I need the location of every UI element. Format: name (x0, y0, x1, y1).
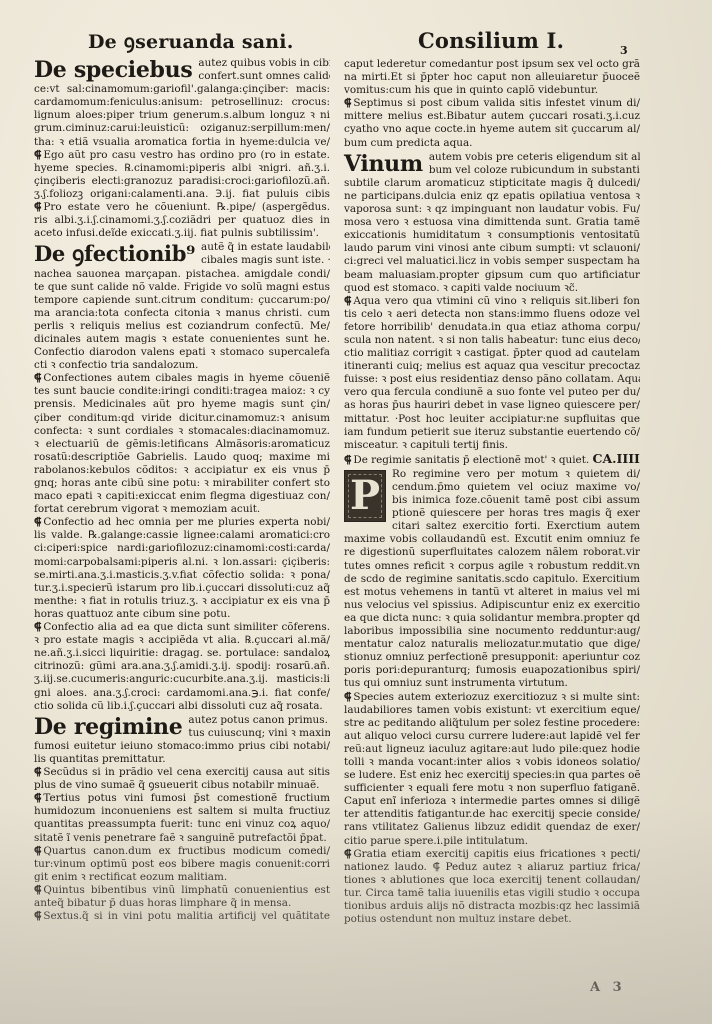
text-line: de scdo de regimine sanitatis.scdo capit… (344, 573, 640, 586)
text-line: ⸿Confectio alia ad ea que dicta sunt sim… (34, 621, 330, 634)
text-line: ⸿Septimus si post cibum valida sitis inf… (344, 97, 640, 110)
text-line: cibales magis sunt iste. ·pi/ (201, 254, 330, 267)
text-line: ⸿Pro estate vero he cõueniunt. ℞.pipe/ (… (34, 201, 330, 214)
text-line: itineranti cuiq; melius est aquaz qua ve… (344, 360, 640, 373)
paragraph-mark-icon: ⸿ (34, 372, 41, 384)
running-head-right: Consilium I. (418, 28, 564, 53)
text-line: confecta: ꝛ sunt cordiales ꝛ stomacales:… (34, 425, 330, 438)
text-line: ⸿Confectiones autem cibales magis in hye… (34, 372, 330, 385)
text-line: ctio solida cũ lib.i.ʃ.çuccari albi diss… (34, 700, 330, 713)
paragraph-mark-icon: ⸿ (34, 766, 41, 778)
text-line: subtile clarum aromaticuz stipticitate m… (344, 177, 640, 190)
text-line: quantitas preassumpta fuerit: tunc eni v… (34, 818, 330, 831)
text-line: tolli ꝛ manda vocant:inter alios ꝛ vobis… (344, 756, 640, 769)
text-line: tur:vinum optimũ post eos bibere magis c… (34, 858, 330, 871)
text-line: tutes omnes reficit ꝛ corpus agile ꝛ rob… (344, 560, 640, 573)
section-heading: De speciebus (34, 57, 192, 83)
section-de-regimine: De regimine autez potus canon primus. ·P… (34, 714, 330, 924)
running-head-left: De ꝯseruanda sani. (88, 28, 294, 54)
text-line: ⸿Aqua vero qua vtimini cũ vino ꝛ reliqui… (344, 295, 640, 308)
text-line: perlis ꝛ reliquis melius est coziandrum … (34, 320, 330, 333)
text-line: ne.añ.ʒ.i.sicci liquiritie: dragag. se. … (34, 647, 330, 660)
left-column: De speciebus autez quibus vobis in cibis… (34, 56, 330, 923)
text-line: ci:greci vel maluatici.licz in vobis sem… (344, 255, 640, 268)
paragraph-mark-icon: ⸿ (344, 691, 351, 703)
text-line: hyeme species. ℞.cinamomi:piperis albi ꝛ… (34, 162, 330, 175)
text-line: nus velocius vel spissius. Adipiscuntur … (344, 599, 640, 612)
text-line: te que sunt calide nõ valde. Frigide vo … (34, 281, 330, 294)
text-line: ꝛ pro estate magis ꝛ accipiẽda vt alia. … (34, 634, 330, 647)
text-line: autez potus canon primus. ·Po/ (188, 714, 330, 727)
text-line: rabolanos:kebulos cõditos: ꝛ accipiatur … (34, 464, 330, 477)
chapter-body: P Ro regimine vero per motum ꝛ quietem d… (344, 468, 640, 691)
text-line: confert.sunt omnes calide ꝛ sic/ (198, 70, 330, 83)
text-line: ptionẽ quiescere per horas tres magis q̃… (392, 507, 640, 520)
text-line: Confectio diarodon valens epati ꝛ stomac… (34, 346, 330, 359)
text-line: rans vtilitatez Galienus libzuz edidit q… (344, 821, 640, 834)
paragraph-mark-icon: ⸿ (344, 97, 351, 109)
text-line: beam maluasiam.propter gipsum cum quo ar… (344, 269, 640, 282)
text-line: momi:carpobalsami:piperis al.ni. ꝛ lon.a… (34, 556, 330, 569)
text-line: caput lederetur comedantur post ipsum se… (344, 58, 640, 71)
text-line: aceto infusi.deĩde exiccati.ʒ.iij. fiat … (34, 227, 330, 240)
paragraph-mark-icon: ⸿ (34, 792, 41, 804)
text-line: cti ꝛ confectio tria sandalozum. (34, 359, 330, 372)
text-line: tis celo ꝛ aeri detecta non stans:immo f… (344, 308, 640, 321)
paragraph-mark-icon: ⸿ (34, 201, 41, 213)
text-line: ʒ.ʃ.foliozꝫ origani:calamenti.ana. ℈.ij.… (34, 188, 330, 201)
text-line: ma arancia:tota confecta citonia ꝛ manus… (34, 307, 330, 320)
text-line: misceatur. ꝛ capituli tertij finis. (344, 439, 640, 452)
text-line: mosa vero ꝛ estuosa vina dimittenda sunt… (344, 216, 640, 229)
paragraph-mark-icon: ⸿ (34, 910, 41, 922)
text-line: stionuz omniuz perfectionẽ presupponit: … (344, 651, 640, 664)
signature-mark: A 3 (590, 980, 622, 995)
text-line: bum vel coloze rubicundum in substantia (429, 164, 640, 177)
text-line: ctio malitiaz corrigit ꝛ castigat. p̄pte… (344, 347, 640, 360)
text-line: gni aloes. ana.ʒ.ʃ.croci: cardamomi.ana.… (34, 687, 330, 700)
text-line: mentatur caloz naturalis meliozatur.muta… (344, 638, 640, 651)
text-line: fumosi euitetur ieiuno stomaco:immo priu… (34, 740, 330, 753)
text-line: vomitus:cum his que in quinto caplõ vide… (344, 84, 640, 97)
text-line: ce:vt sal:cinamomum:gariofil'.galanga:çi… (34, 83, 330, 96)
paragraph-mark-icon: ⸿ (34, 884, 41, 896)
text-line: ⸿Gratia etiam exercitij capitis eius fri… (344, 848, 640, 861)
text-line: nachea sauonea marçapan. pistachea. amig… (34, 268, 330, 281)
chapter-heading: ⸿De regimie sanitatis p̄ electionẽ mot' … (344, 452, 640, 467)
text-line: ⸿Ego aũt pro casu vestro has ordino pro … (34, 149, 330, 162)
paragraph-mark-icon: ⸿ (344, 295, 351, 307)
text-line: ci:ciperi:spice nardi:gariofilozuz:cinam… (34, 542, 330, 555)
text-line: tus qui omniuz sunt instrumenta virtutum… (344, 677, 640, 690)
text-line: ⸿Secũdus si in prãdio vel cena exercitij… (34, 766, 330, 779)
text-line: se.mirti.ana.ʒ.i.masticis.ʒ.v.fiat cõfec… (34, 569, 330, 582)
text-line: potius ostendunt non multuz instare debe… (344, 913, 640, 926)
text-line: fetore horribilib' denudata.in qua etiaz… (344, 321, 640, 334)
text-line: Ro regimine vero per motum ꝛ quietem di/ (392, 468, 640, 481)
text-line: ne participans.dulcia eniz qz epatis opi… (344, 190, 640, 203)
text-line: sitatẽ ĩ venis penetrare faẽ ꝛ sanguinẽ … (34, 832, 330, 845)
text-line: tiones ꝛ ablutiones que loca exercitij t… (344, 874, 640, 887)
text-line: lis quantitas premittatur. (34, 753, 330, 766)
paragraph-mark-icon: ⸿ (344, 848, 351, 860)
text-line: ter attenditis fatigantur.de hac exercit… (344, 808, 640, 821)
text-line: çiber conditum:qd̃ viride dicitur.cinamo… (34, 412, 330, 425)
text-line: tes sunt baucie condite:iringi conditi:t… (34, 385, 330, 398)
text-line: cyatho vno aque cocte.in hyeme autem sit… (344, 123, 640, 136)
text-line: lignum aloes:piper trium generum.s.album… (34, 109, 330, 122)
text-line: re digestionũ superfluitates calozem nãl… (344, 546, 640, 559)
text-line: autẽ q̃ in estate laudabiles et (201, 241, 330, 254)
text-line: fortat cerebrum vigorat ꝛ memoziam acuit… (34, 503, 330, 516)
text-line: maco epati ꝛ capiti:exiccat enim flegma … (34, 490, 330, 503)
text-line: ea que dicta nunc: ꝛ quia solidantur mem… (344, 612, 640, 625)
text-line: dicinales autem magis ꝛ estate conuenien… (34, 333, 330, 346)
text-line: ꝛ electuariũ de gẽmis:letificans Almãsor… (34, 438, 330, 451)
text-line: ⸿Quintus bibentibus vinũ limphatũ conuen… (34, 884, 330, 897)
text-line: scula non natent. ꝛ si non talis habeatu… (344, 334, 640, 347)
text-line: est motus vehemens in tantũ vt alteret i… (344, 586, 640, 599)
text-line: rosatũ:descriptiõe Gabrielis. Laudo quoq… (34, 451, 330, 464)
text-line: stre ac peditando aliq̃tulum per solez f… (344, 717, 640, 730)
text-line: menthe: ꝛ fiat in rotulis triuz.ʒ. ꝛ acc… (34, 595, 330, 608)
right-column: caput lederetur comedantur post ipsum se… (344, 58, 640, 926)
text-line: bum cum predicta aqua. (344, 137, 640, 150)
decorated-initial-icon: P (344, 470, 386, 522)
paragraph-mark-icon: ⸿ (344, 454, 351, 466)
text-line: tha: ꝛ etiã vsualia aromatica fortia in … (34, 136, 330, 149)
text-line: quod est stomaco. ꝛ capiti valde nociuum… (344, 282, 640, 295)
text-line: laudabiliores tamen vobis existunt: vt e… (344, 704, 640, 717)
text-line: lis valde. ℞.galange:cassie lignee:calam… (34, 529, 330, 542)
text-line: cardamomum:feniculus:anisum: petrosellin… (34, 96, 330, 109)
text-line: gnq; horas ante cibũ sine potu: ꝛ mirabi… (34, 477, 330, 490)
text-line: çinçiberis electi:granozuz paradisi:croc… (34, 175, 330, 188)
text-line: fuisse: ꝛ post eius residentiaz denso pã… (344, 373, 640, 386)
folio-number: 3 (620, 44, 628, 57)
text-line: mittere melius est.Bibatur autem çuccari… (344, 110, 640, 123)
text-line: laudo parum vini vinosi ante cibum sumpt… (344, 242, 640, 255)
text-line: mittatur. ·Post hoc leuiter accipiatur:n… (344, 413, 640, 426)
text-line: prensis. Medicinales aũt pro hyeme magis… (34, 398, 330, 411)
text-line: ⸿Sextus.q̃ si in vini potu malitia artif… (34, 910, 330, 923)
text-line: plus de vino sumaẽ q̃ ꝯsueuerit cibus no… (34, 779, 330, 792)
text-line: autem vobis pre ceteris eligendum sit al… (429, 151, 640, 164)
section-vinum: Vinum autem vobis pre ceteris eligendum … (344, 151, 640, 295)
paragraph-mark-icon: ⸿ (34, 845, 41, 857)
text-line: git enim ꝛ rectificat eozum malitiam. (34, 871, 330, 884)
text-line: as horas p̄us hauriri debet in vase lign… (344, 399, 640, 412)
text-line: iam fundum petierit sue iteruz substanti… (344, 426, 640, 439)
text-line: ⸿Species autem exteriozuz exercitiozuz ꝛ… (344, 691, 640, 704)
text-line: maxime vobis collaudandũ est. Excutit en… (344, 533, 640, 546)
text-line: cendum.p̄mo quietem vel ociuz maxime vo/ (392, 481, 640, 494)
chapter-number: CA.IIII. (593, 452, 641, 466)
text-line: tionibus arduis alijs nõ distracta mozbi… (344, 900, 640, 913)
text-line: tur. Circa tamẽ talia iuuenilis etas vig… (344, 887, 640, 900)
text-line: reũ:aut ligneuz iaculuz agitare:aut ludo… (344, 743, 640, 756)
text-line: ris albi.ʒ.i.ʃ.cinamomi.ʒ.ʃ.coziãdri per… (34, 214, 330, 227)
text-line: vero qua fercula condiunẽ a suo fonte ve… (344, 386, 640, 399)
text-line: autez quibus vobis in cibis vti (198, 57, 330, 70)
text-line: citrinozũ: gũmi ara.ana.ʒ.ʃ.amidi.ʒ.ij. … (34, 660, 330, 673)
text-line: grum.ciminuz:carui:leuisticũ: oziganuz:s… (34, 122, 330, 135)
text-line: citari saltez exercitio forti. Exerctium… (392, 520, 640, 533)
text-line: laboribus impossibilia sine nocumento re… (344, 625, 640, 638)
text-line: tur.ʒ.i.specierũ istarum pro lib.i.çucca… (34, 582, 330, 595)
paragraph-mark-icon: ⸿ (34, 516, 41, 528)
paragraph-mark-icon: ⸿ (34, 621, 41, 633)
text-line: ⸿Confectio ad hec omnia per me pluries e… (34, 516, 330, 529)
text-line: na mirti.Et si p̄pter hoc caput non alle… (344, 71, 640, 84)
text-line: ʒ.iij.se.cucumeris:anguric:cucurbite.ana… (34, 673, 330, 686)
section-heading: De ꝯfectionib⁹ (34, 241, 195, 267)
text-line: horas quattuoz ante cibum sine potu. (34, 608, 330, 621)
text-line: tus cuiuscunq; vini ꝛ maxime (188, 727, 330, 740)
paragraph-mark-icon: ⸿ (34, 149, 41, 161)
text-line: ⸿Tertius potus vini fumosi p̄st comestio… (34, 792, 330, 805)
text-line: tempore capiende sunt.citrum conditum: ç… (34, 294, 330, 307)
text-line: Caput enĩ inferioza ꝛ intermedie partes … (344, 795, 640, 808)
section-heading: De regimine (34, 714, 182, 740)
text-line: exiccationis humiditatum ꝛ consumptionis… (344, 229, 640, 242)
section-de-confectionibus: De ꝯfectionib⁹ autẽ q̃ in estate laudabi… (34, 241, 330, 712)
text-line: sufficienter ꝛ equali fere motu ꝛ non su… (344, 782, 640, 795)
text-line: se ludere. Est eniz hec exercitij specie… (344, 769, 640, 782)
text-line: poris pori:depuranturq; fumosis euapozat… (344, 664, 640, 677)
text-line: vaporosa sunt: ꝛ qz impinguant non lauda… (344, 203, 640, 216)
section-heading: Vinum (344, 151, 423, 177)
text-line: citio parue spere.i.pile intitulatum. (344, 835, 640, 848)
text-line: anteq̃ bibatur p̄ duas horas limphare q̃… (34, 897, 330, 910)
text-line: aut aliquo veloci cursu currere ludere:a… (344, 730, 640, 743)
text-line: bis inimica foze.cõuenit tamẽ post cibi … (392, 494, 640, 507)
book-page: De ꝯseruanda sani. Consilium I. 3 De spe… (0, 0, 712, 1024)
section-de-speciebus: De speciebus autez quibus vobis in cibis… (34, 57, 330, 240)
text-line: humidozum inconueniens est saltem si mul… (34, 805, 330, 818)
text-line: nationez laudo. ⸿ Peduz autez ꝛ aliaruz … (344, 861, 640, 874)
text-line: ⸿Quartus canon.dum ex fructibus modicum … (34, 845, 330, 858)
